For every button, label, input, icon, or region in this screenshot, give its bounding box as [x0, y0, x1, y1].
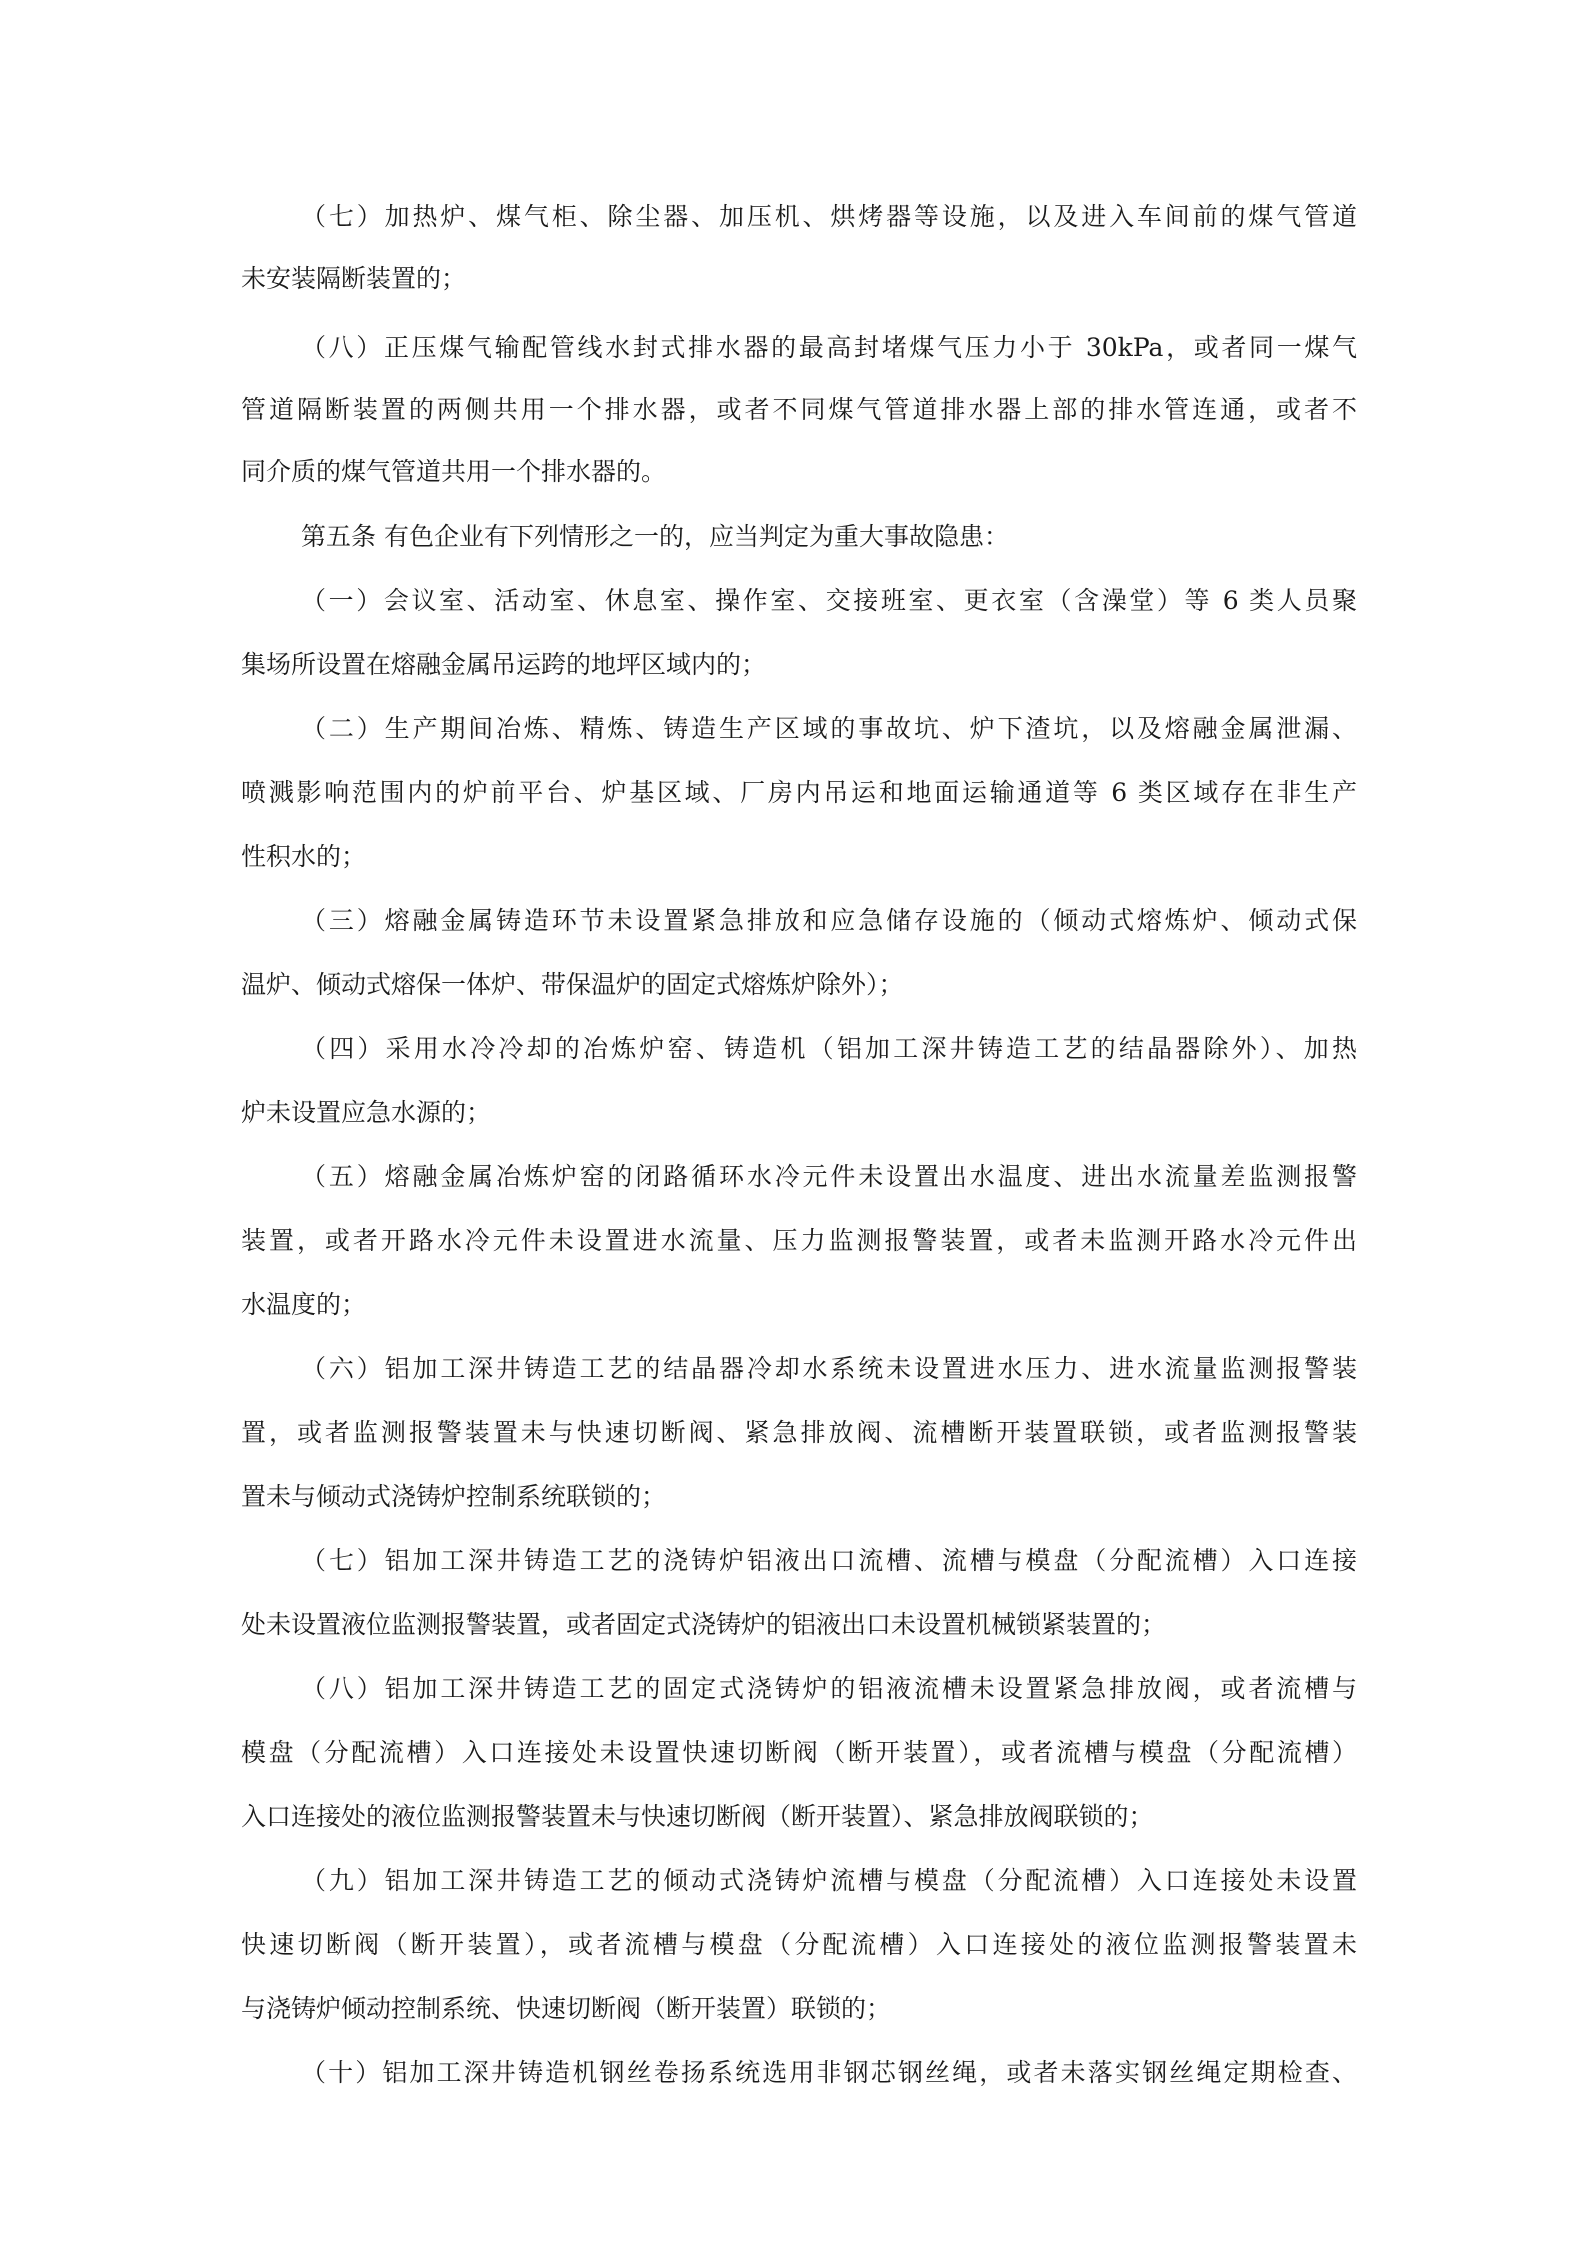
- paragraph-line: 置未与倾动式浇铸炉控制系统联锁的；: [241, 1480, 1357, 1514]
- paragraph-line: （一）会议室、活动室、休息室、操作室、交接班室、更衣室（含澡堂）等 6 类人员聚: [301, 584, 1357, 618]
- paragraph-line: 与浇铸炉倾动控制系统、快速切断阀（断开装置）联锁的；: [241, 1992, 1357, 2026]
- paragraph-line: （九）铝加工深井铸造工艺的倾动式浇铸炉流槽与模盘（分配流槽）入口连接处未设置: [301, 1864, 1357, 1898]
- paragraph-line: （七）加热炉、煤气柜、除尘器、加压机、烘烤器等设施，以及进入车间前的煤气管道: [301, 200, 1357, 234]
- paragraph-line: （二）生产期间冶炼、精炼、铸造生产区域的事故坑、炉下渣坑，以及熔融金属泄漏、: [301, 712, 1357, 746]
- paragraph-line: 温炉、倾动式熔保一体炉、带保温炉的固定式熔炼炉除外）；: [241, 968, 1357, 1002]
- paragraph-line: 未安装隔断装置的；: [241, 262, 1357, 296]
- paragraph-line: 同介质的煤气管道共用一个排水器的。: [241, 455, 1357, 489]
- paragraph-line: （八）正压煤气输配管线水封式排水器的最高封堵煤气压力小于 30kPa，或者同一煤…: [301, 331, 1357, 365]
- paragraph-line: （五）熔融金属冶炼炉窑的闭路循环水冷元件未设置出水温度、进出水流量差监测报警: [301, 1160, 1357, 1194]
- paragraph-line: 装置，或者开路水冷元件未设置进水流量、压力监测报警装置，或者未监测开路水冷元件出: [241, 1224, 1357, 1258]
- paragraph-line: 水温度的；: [241, 1288, 1357, 1322]
- paragraph-line: （三）熔融金属铸造环节未设置紧急排放和应急储存设施的（倾动式熔炼炉、倾动式保: [301, 904, 1357, 938]
- paragraph-line: 置，或者监测报警装置未与快速切断阀、紧急排放阀、流槽断开装置联锁，或者监测报警装: [241, 1416, 1357, 1450]
- paragraph-line: 模盘（分配流槽）入口连接处未设置快速切断阀（断开装置），或者流槽与模盘（分配流槽…: [241, 1736, 1357, 1770]
- paragraph-line: 性积水的；: [241, 840, 1357, 874]
- paragraph-line: 快速切断阀（断开装置），或者流槽与模盘（分配流槽）入口连接处的液位监测报警装置未: [241, 1928, 1357, 1962]
- article-heading: 第五条 有色企业有下列情形之一的，应当判定为重大事故隐患：: [301, 520, 1357, 554]
- paragraph-line: （七）铝加工深井铸造工艺的浇铸炉铝液出口流槽、流槽与模盘（分配流槽）入口连接: [301, 1544, 1357, 1578]
- paragraph-line: 处未设置液位监测报警装置，或者固定式浇铸炉的铝液出口未设置机械锁紧装置的；: [241, 1608, 1357, 1642]
- paragraph-line: 喷溅影响范围内的炉前平台、炉基区域、厂房内吊运和地面运输通道等 6 类区域存在非…: [241, 776, 1357, 810]
- paragraph-line: 入口连接处的液位监测报警装置未与快速切断阀（断开装置）、紧急排放阀联锁的；: [241, 1800, 1357, 1834]
- paragraph-line: 集场所设置在熔融金属吊运跨的地坪区域内的；: [241, 648, 1357, 682]
- paragraph-line: （六）铝加工深井铸造工艺的结晶器冷却水系统未设置进水压力、进水流量监测报警装: [301, 1352, 1357, 1386]
- paragraph-line: （十）铝加工深井铸造机钢丝卷扬系统选用非钢芯钢丝绳，或者未落实钢丝绳定期检查、: [301, 2056, 1357, 2090]
- paragraph-line: 炉未设置应急水源的；: [241, 1096, 1357, 1130]
- paragraph-line: （八）铝加工深井铸造工艺的固定式浇铸炉的铝液流槽未设置紧急排放阀，或者流槽与: [301, 1672, 1357, 1706]
- paragraph-line: 管道隔断装置的两侧共用一个排水器，或者不同煤气管道排水器上部的排水管连通，或者不: [241, 393, 1357, 427]
- document-page: （七）加热炉、煤气柜、除尘器、加压机、烘烤器等设施，以及进入车间前的煤气管道 未…: [0, 0, 1587, 2245]
- paragraph-line: （四）采用水冷冷却的冶炼炉窑、铸造机（铝加工深井铸造工艺的结晶器除外）、加热: [301, 1032, 1357, 1066]
